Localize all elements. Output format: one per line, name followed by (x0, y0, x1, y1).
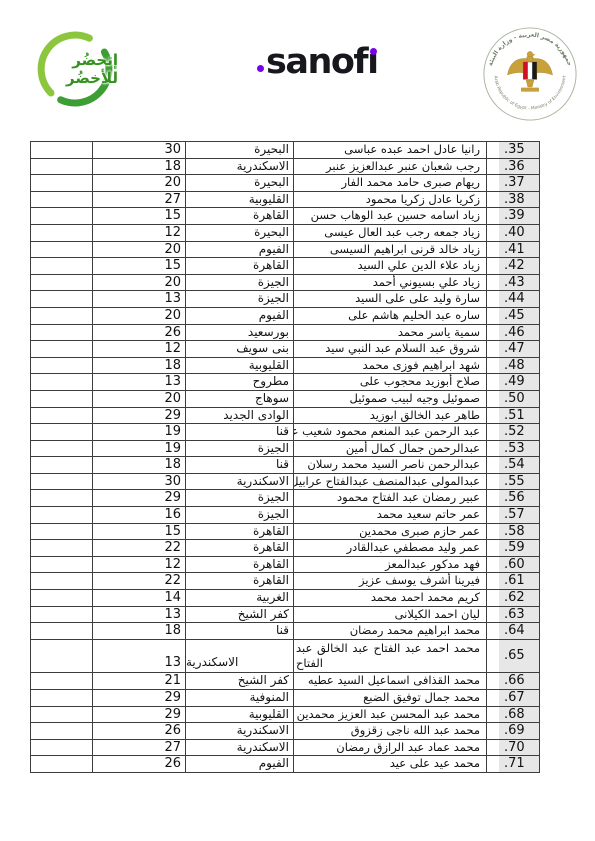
score-cell: 22 (93, 540, 186, 556)
participant-name: فيرينا أشرف يوسف عزيز (359, 573, 480, 587)
table-row: 29 القليوبية محمد عبد المحسن عبد العزيز … (31, 707, 539, 724)
empty-cell (31, 441, 93, 457)
row-number-cell: .55 (487, 474, 539, 490)
table-row: 14 الغربية كريم محمد احمد محمد .62 (31, 590, 539, 607)
governorate-value: الوادى الجديد (223, 408, 289, 422)
governorate-value: بنى سويف (236, 341, 289, 355)
row-number-cell: .53 (487, 441, 539, 457)
governorate-cell: الغربية (186, 590, 294, 606)
empty-cell (31, 524, 93, 540)
row-number-cell: .44 (487, 291, 539, 307)
table-row: 27 الاسكندرية محمد عماد عبد الرازق رمضان… (31, 740, 539, 757)
green-logo-line1: إتحضُر (66, 51, 118, 69)
score-value: 26 (164, 723, 181, 738)
name-cell: سارة وليد على على السيد (294, 291, 487, 307)
row-number: .53 (504, 441, 525, 457)
governorate-cell: قنا (186, 457, 294, 473)
governorate-cell: الاسكندرية (186, 474, 294, 490)
participant-name: محمد عبد المحسن عبد العزيز محمدين (297, 707, 480, 721)
empty-cell (31, 424, 93, 440)
sanofi-purple-dot-icon (257, 65, 264, 72)
row-number-cell: .47 (487, 341, 539, 357)
empty-cell (31, 391, 93, 407)
score-value: 12 (164, 341, 181, 356)
row-number-cell: .45 (487, 308, 539, 324)
name-cell: رانيا عادل احمد عبده عباسى (294, 142, 487, 158)
participant-name: زياد جمعه رجب عبد العال عيسى (324, 225, 480, 239)
row-number-cell: .43 (487, 275, 539, 291)
score-value: 29 (164, 490, 181, 505)
row-number-cell: .68 (487, 707, 539, 723)
row-number: .51 (504, 408, 525, 424)
governorate-cell: الفيوم (186, 756, 294, 772)
governorate-cell: الاسكندرية (186, 740, 294, 756)
row-number: .35 (504, 142, 525, 158)
row-number: .52 (504, 424, 525, 440)
governorate-cell: القاهرة (186, 557, 294, 573)
score-cell: 13 (93, 374, 186, 390)
score-value: 29 (164, 707, 181, 722)
governorate-value: الاسكندرية (237, 474, 289, 488)
table-row: 12 البحيرة زياد جمعه رجب عبد العال عيسى … (31, 225, 539, 242)
governorate-value: البحيرة (254, 225, 289, 239)
green-logo-text: إتحضُر للأخضُر (66, 51, 118, 87)
row-number-cell: .65 (487, 640, 539, 673)
name-cell: سمية ياسر محمد (294, 325, 487, 341)
empty-cell (31, 690, 93, 706)
governorate-cell: القاهرة (186, 540, 294, 556)
score-value: 19 (164, 424, 181, 439)
empty-cell (31, 540, 93, 556)
row-number: .62 (504, 590, 525, 606)
row-number-cell: .39 (487, 208, 539, 224)
governorate-value: الاسكندرية (237, 740, 289, 754)
name-cell: ريهام صبرى حامد محمد الفار (294, 175, 487, 191)
document-page: إتحضُر للأخضُر sanofı جمهورية مصر العربي… (0, 0, 595, 841)
row-number: .63 (504, 607, 525, 623)
row-number-cell: .46 (487, 325, 539, 341)
governorate-cell: قنا (186, 424, 294, 440)
score-value: 22 (164, 573, 181, 588)
governorate-value: الفيوم (259, 242, 289, 256)
empty-cell (31, 673, 93, 689)
participant-name: عبدالرحمن ناصر السيد محمد رسلان (307, 457, 480, 471)
governorate-value: بورسعيد (248, 325, 289, 339)
row-number: .38 (504, 192, 525, 208)
eagle-seal-icon: جمهورية مصر العربية - وزارة البيئة Arab … (482, 26, 578, 122)
participant-name: محمد عبد الله ناجى زقزوق (351, 723, 480, 737)
row-number: .42 (504, 258, 525, 274)
score-value: 19 (164, 441, 181, 456)
table-row: 15 القاهرة زياد اسامه حسين عبد الوهاب حس… (31, 208, 539, 225)
name-cell: محمد احمد عبد الفتاح عبد الخالق عبد الفت… (294, 640, 487, 673)
row-number: .40 (504, 225, 525, 241)
empty-cell (31, 325, 93, 341)
empty-cell (31, 590, 93, 606)
score-cell: 20 (93, 275, 186, 291)
row-number-cell: .37 (487, 175, 539, 191)
name-cell: عبير رمضان عبد الفتاح محمود (294, 490, 487, 506)
score-cell: 20 (93, 308, 186, 324)
table-row: 20 البحيرة ريهام صبرى حامد محمد الفار .3… (31, 175, 539, 192)
governorate-value: الجيزة (258, 507, 289, 521)
participant-name: زياد خالد قرنى ابراهيم السيسى (330, 242, 480, 256)
participant-name: عبير رمضان عبد الفتاح محمود (337, 490, 480, 504)
name-cell: صموئيل وجيه لبيب صموئيل (294, 391, 487, 407)
table-row: 18 قنا عبدالرحمن ناصر السيد محمد رسلان .… (31, 457, 539, 474)
name-cell: فهد مدكور عبدالمعز (294, 557, 487, 573)
table-row: 22 القاهرة فيرينا أشرف يوسف عزيز .61 (31, 573, 539, 590)
score-cell: 15 (93, 258, 186, 274)
empty-cell (31, 490, 93, 506)
score-cell: 18 (93, 623, 186, 639)
row-number: .66 (504, 673, 525, 689)
table-row: 13 الجيزة سارة وليد على على السيد .44 (31, 291, 539, 308)
empty-cell (31, 341, 93, 357)
governorate-value: كفر الشيخ (238, 607, 289, 621)
governorate-cell: الفيوم (186, 242, 294, 258)
table-row: 26 بورسعيد سمية ياسر محمد .46 (31, 325, 539, 342)
row-number: .67 (504, 690, 525, 706)
name-cell: عبدالرحمن جمال كمال أمين (294, 441, 487, 457)
participant-name: صموئيل وجيه لبيب صموئيل (350, 391, 480, 405)
score-cell: 14 (93, 590, 186, 606)
name-cell: فيرينا أشرف يوسف عزيز (294, 573, 487, 589)
score-cell: 29 (93, 707, 186, 723)
score-value: 13 (164, 607, 181, 622)
name-cell: زياد جمعه رجب عبد العال عيسى (294, 225, 487, 241)
sanofi-wordmark: sanof (266, 42, 367, 82)
score-cell: 15 (93, 524, 186, 540)
score-cell: 29 (93, 490, 186, 506)
score-value: 18 (164, 457, 181, 472)
row-number-cell: .52 (487, 424, 539, 440)
participant-name: محمد جمال توفيق الضبع (363, 690, 480, 704)
row-number-cell: .51 (487, 408, 539, 424)
row-number: .58 (504, 524, 525, 540)
row-number-cell: .60 (487, 557, 539, 573)
empty-cell (31, 242, 93, 258)
governorate-value: البحيرة (254, 175, 289, 189)
row-number: .46 (504, 325, 525, 341)
table-row: 18 الاسكندرية رجب شعبان عنبر عبدالعزيز ع… (31, 159, 539, 176)
name-cell: رجب شعبان عنبر عبدالعزيز عنبر (294, 159, 487, 175)
participant-name: ليان احمد الكيلانى (395, 607, 480, 621)
participant-name: زياد علي بسيوني أحمد (373, 275, 480, 289)
name-cell: عبدالمولى عبدالمنصف عبدالفتاح عرابيل (294, 474, 487, 490)
row-number: .45 (504, 308, 525, 324)
score-cell: 13 (93, 291, 186, 307)
table-row: 29 الوادى الجديد طاهر عبد الخالق ابوزيد … (31, 408, 539, 425)
table-row: 13 كفر الشيخ ليان احمد الكيلانى .63 (31, 607, 539, 624)
table-row: 30 البحيرة رانيا عادل احمد عبده عباسى .3… (31, 142, 539, 159)
row-number-cell: .41 (487, 242, 539, 258)
score-cell: 18 (93, 358, 186, 374)
row-number: .59 (504, 540, 525, 556)
score-value: 12 (164, 225, 181, 240)
score-value: 14 (164, 590, 181, 605)
row-number-cell: .70 (487, 740, 539, 756)
governorate-value: كفر الشيخ (238, 673, 289, 687)
row-number: .50 (504, 391, 525, 407)
score-cell: 19 (93, 424, 186, 440)
empty-cell (31, 175, 93, 191)
table-row: 27 القليوبية زكريا عادل زكريا محمود .38 (31, 192, 539, 209)
row-number: .69 (504, 723, 525, 739)
governorate-cell: الاسكندرية (186, 723, 294, 739)
governorate-cell: كفر الشيخ (186, 607, 294, 623)
empty-cell (31, 142, 93, 158)
participant-name: شروق عبد السلام عبد النبي سيد (325, 341, 480, 355)
row-number-cell: .56 (487, 490, 539, 506)
governorate-cell: القاهرة (186, 208, 294, 224)
score-value: 13 (164, 291, 181, 306)
score-cell: 13 (93, 607, 186, 623)
row-number-cell: .59 (487, 540, 539, 556)
name-cell: محمد عماد عبد الرازق رمضان (294, 740, 487, 756)
score-cell: 15 (93, 208, 186, 224)
empty-cell (31, 275, 93, 291)
score-value: 18 (164, 358, 181, 373)
governorate-value: قنا (276, 457, 289, 471)
score-cell: 12 (93, 341, 186, 357)
row-number: .68 (504, 707, 525, 723)
green-logo-line2: للأخضُر (66, 69, 118, 87)
score-cell: 18 (93, 159, 186, 175)
row-number: .71 (504, 756, 525, 772)
table-row: 20 سوهاج صموئيل وجيه لبيب صموئيل .50 (31, 391, 539, 408)
score-cell: 26 (93, 756, 186, 772)
name-cell: محمد ابراهيم محمد رمضان (294, 623, 487, 639)
score-cell: 18 (93, 457, 186, 473)
name-cell: كريم محمد احمد محمد (294, 590, 487, 606)
row-number: .64 (504, 623, 525, 639)
score-value: 26 (164, 756, 181, 771)
score-value: 20 (164, 275, 181, 290)
governorate-value: قنا (276, 623, 289, 637)
governorate-cell: الجيزة (186, 507, 294, 523)
score-cell: 27 (93, 192, 186, 208)
table-row: 26 الاسكندرية محمد عبد الله ناجى زقزوق .… (31, 723, 539, 740)
governorate-value: الجيزة (258, 275, 289, 289)
score-cell: 26 (93, 325, 186, 341)
participant-name: زياد علاء الدين علي السيد (357, 258, 480, 272)
governorate-cell: قنا (186, 623, 294, 639)
score-cell: 20 (93, 391, 186, 407)
governorate-cell: مطروح (186, 374, 294, 390)
row-number: .55 (504, 474, 525, 490)
score-value: 15 (164, 524, 181, 539)
governorate-value: القليوبية (249, 707, 289, 721)
score-cell: 27 (93, 740, 186, 756)
name-cell: عبدالرحمن ناصر السيد محمد رسلان (294, 457, 487, 473)
name-cell: عبد الرحمن عبد المنعم محمود شعيب عمر (294, 424, 487, 440)
name-cell: ساره عبد الحليم هاشم على (294, 308, 487, 324)
row-number: .39 (504, 208, 525, 224)
table-row: 20 الفيوم زياد خالد قرنى ابراهيم السيسى … (31, 242, 539, 259)
governorate-value: القليوبية (249, 192, 289, 206)
participant-name: كريم محمد احمد محمد (371, 590, 480, 604)
table-row: 13 الاسكندرية محمد احمد عبد الفتاح عبد ا… (31, 640, 539, 674)
score-value: 29 (164, 408, 181, 423)
row-number: .70 (504, 740, 525, 756)
empty-cell (31, 474, 93, 490)
score-value: 20 (164, 391, 181, 406)
score-value: 27 (164, 740, 181, 755)
empty-cell (31, 740, 93, 756)
empty-cell (31, 573, 93, 589)
governorate-cell: الجيزة (186, 441, 294, 457)
governorate-value: الفيوم (259, 756, 289, 770)
empty-cell (31, 308, 93, 324)
row-number: .41 (504, 242, 525, 258)
sanofi-i-dot-icon (370, 48, 377, 55)
score-value: 15 (164, 258, 181, 273)
empty-cell (31, 208, 93, 224)
governorate-cell: الوادى الجديد (186, 408, 294, 424)
governorate-cell: القليوبية (186, 358, 294, 374)
table-row: 19 قنا عبد الرحمن عبد المنعم محمود شعيب … (31, 424, 539, 441)
row-number: .49 (504, 374, 525, 390)
governorate-cell: كفر الشيخ (186, 673, 294, 689)
governorate-value: الجيزة (258, 490, 289, 504)
participant-name: محمد القذافى اسماعيل السيد عطيه (308, 673, 480, 687)
score-value: 16 (164, 507, 181, 522)
score-cell: 13 (93, 640, 186, 673)
name-cell: محمد عيد على عيد (294, 756, 487, 772)
participant-name: عبدالمولى عبدالمنصف عبدالفتاح عرابيل (294, 474, 480, 488)
governorate-value: مطروح (253, 374, 289, 388)
empty-cell (31, 723, 93, 739)
score-cell: 12 (93, 557, 186, 573)
participant-name: محمد عيد على عيد (390, 756, 480, 770)
score-value: 20 (164, 242, 181, 257)
row-number-cell: .69 (487, 723, 539, 739)
score-value: 26 (164, 325, 181, 340)
empty-cell (31, 159, 93, 175)
row-number-cell: .38 (487, 192, 539, 208)
participant-name: رانيا عادل احمد عبده عباسى (344, 142, 480, 156)
row-number-cell: .64 (487, 623, 539, 639)
governorate-cell: الجيزة (186, 490, 294, 506)
empty-cell (31, 623, 93, 639)
empty-cell (31, 358, 93, 374)
empty-cell (31, 707, 93, 723)
empty-cell (31, 258, 93, 274)
governorate-value: الجيزة (258, 441, 289, 455)
participant-name: عمر حازم صبرى محمدين (359, 524, 480, 538)
participant-name: عبد الرحمن عبد المنعم محمود شعيب عمر (294, 424, 480, 438)
row-number-cell: .54 (487, 457, 539, 473)
score-value: 20 (164, 308, 181, 323)
row-number-cell: .61 (487, 573, 539, 589)
empty-cell (31, 507, 93, 523)
name-cell: زياد خالد قرنى ابراهيم السيسى (294, 242, 487, 258)
score-value: 29 (164, 690, 181, 705)
row-number: .47 (504, 341, 525, 357)
participant-name: سارة وليد على على السيد (355, 291, 480, 305)
governorate-value: القليوبية (249, 358, 289, 372)
governorate-value: الاسكندرية (237, 723, 289, 737)
governorate-cell: الفيوم (186, 308, 294, 324)
governorate-cell: القاهرة (186, 573, 294, 589)
participant-name: محمد عماد عبد الرازق رمضان (336, 740, 480, 754)
score-value: 13 (164, 374, 181, 389)
name-cell: ليان احمد الكيلانى (294, 607, 487, 623)
score-cell: 21 (93, 673, 186, 689)
score-cell: 30 (93, 142, 186, 158)
governorate-cell: بورسعيد (186, 325, 294, 341)
row-number: .37 (504, 175, 525, 191)
table-row: 21 كفر الشيخ محمد القذافى اسماعيل السيد … (31, 673, 539, 690)
governorate-value: قنا (276, 424, 289, 438)
participant-name: ساره عبد الحليم هاشم على (348, 308, 480, 322)
row-number: .43 (504, 275, 525, 291)
row-number: .36 (504, 159, 525, 175)
governorate-cell: القليوبية (186, 707, 294, 723)
score-cell: 19 (93, 441, 186, 457)
table-row: 26 الفيوم محمد عيد على عيد .71 (31, 756, 539, 772)
empty-cell (31, 192, 93, 208)
governorate-value: المنوفية (249, 690, 289, 704)
participant-name: شهد ابراهيم فوزى محمد (363, 358, 480, 372)
governorate-value: الاسكندرية (186, 655, 238, 670)
governorate-value: الغربية (256, 590, 289, 604)
empty-cell (31, 457, 93, 473)
empty-cell (31, 557, 93, 573)
governorate-cell: بنى سويف (186, 341, 294, 357)
governorate-value: القاهرة (253, 557, 289, 571)
governorate-value: القاهرة (253, 524, 289, 538)
row-number-cell: .36 (487, 159, 539, 175)
governorate-cell: الجيزة (186, 275, 294, 291)
participant-name: عمر وليد مصطفي عبدالقادر (347, 540, 480, 554)
row-number-cell: .57 (487, 507, 539, 523)
score-cell: 20 (93, 175, 186, 191)
governorate-value: سوهاج (255, 391, 289, 405)
governorate-cell: الجيزة (186, 291, 294, 307)
participants-table: 30 البحيرة رانيا عادل احمد عبده عباسى .3… (30, 141, 540, 773)
row-number-cell: .63 (487, 607, 539, 623)
row-number-cell: .48 (487, 358, 539, 374)
name-cell: محمد جمال توفيق الضبع (294, 690, 487, 706)
table-row: 15 القاهرة عمر حازم صبرى محمدين .58 (31, 524, 539, 541)
table-row: 29 المنوفية محمد جمال توفيق الضبع .67 (31, 690, 539, 707)
empty-cell (31, 640, 93, 673)
table-row: 20 الجيزة زياد علي بسيوني أحمد .43 (31, 275, 539, 292)
table-row: 30 الاسكندرية عبدالمولى عبدالمنصف عبدالف… (31, 474, 539, 491)
participant-name: زكريا عادل زكريا محمود (366, 192, 480, 206)
governorate-cell: الاسكندرية (186, 159, 294, 175)
row-number-cell: .40 (487, 225, 539, 241)
governorate-value: الاسكندرية (237, 159, 289, 173)
governorate-value: القاهرة (253, 540, 289, 554)
table-row: 13 مطروح صلاح أبوزيد محجوب على .49 (31, 374, 539, 391)
name-cell: عمر وليد مصطفي عبدالقادر (294, 540, 487, 556)
score-cell: 20 (93, 242, 186, 258)
table-row: 12 بنى سويف شروق عبد السلام عبد النبي سي… (31, 341, 539, 358)
score-value: 20 (164, 175, 181, 190)
participant-name: عمر حاتم سعيد محمد (377, 507, 480, 521)
governorate-cell: المنوفية (186, 690, 294, 706)
governorate-cell: سوهاج (186, 391, 294, 407)
empty-cell (31, 756, 93, 772)
score-value: 12 (164, 557, 181, 572)
sanofi-logo: sanofı (257, 42, 378, 84)
row-number: .61 (504, 573, 525, 589)
table-row: 19 الجيزة عبدالرحمن جمال كمال أمين .53 (31, 441, 539, 458)
name-cell: شهد ابراهيم فوزى محمد (294, 358, 487, 374)
